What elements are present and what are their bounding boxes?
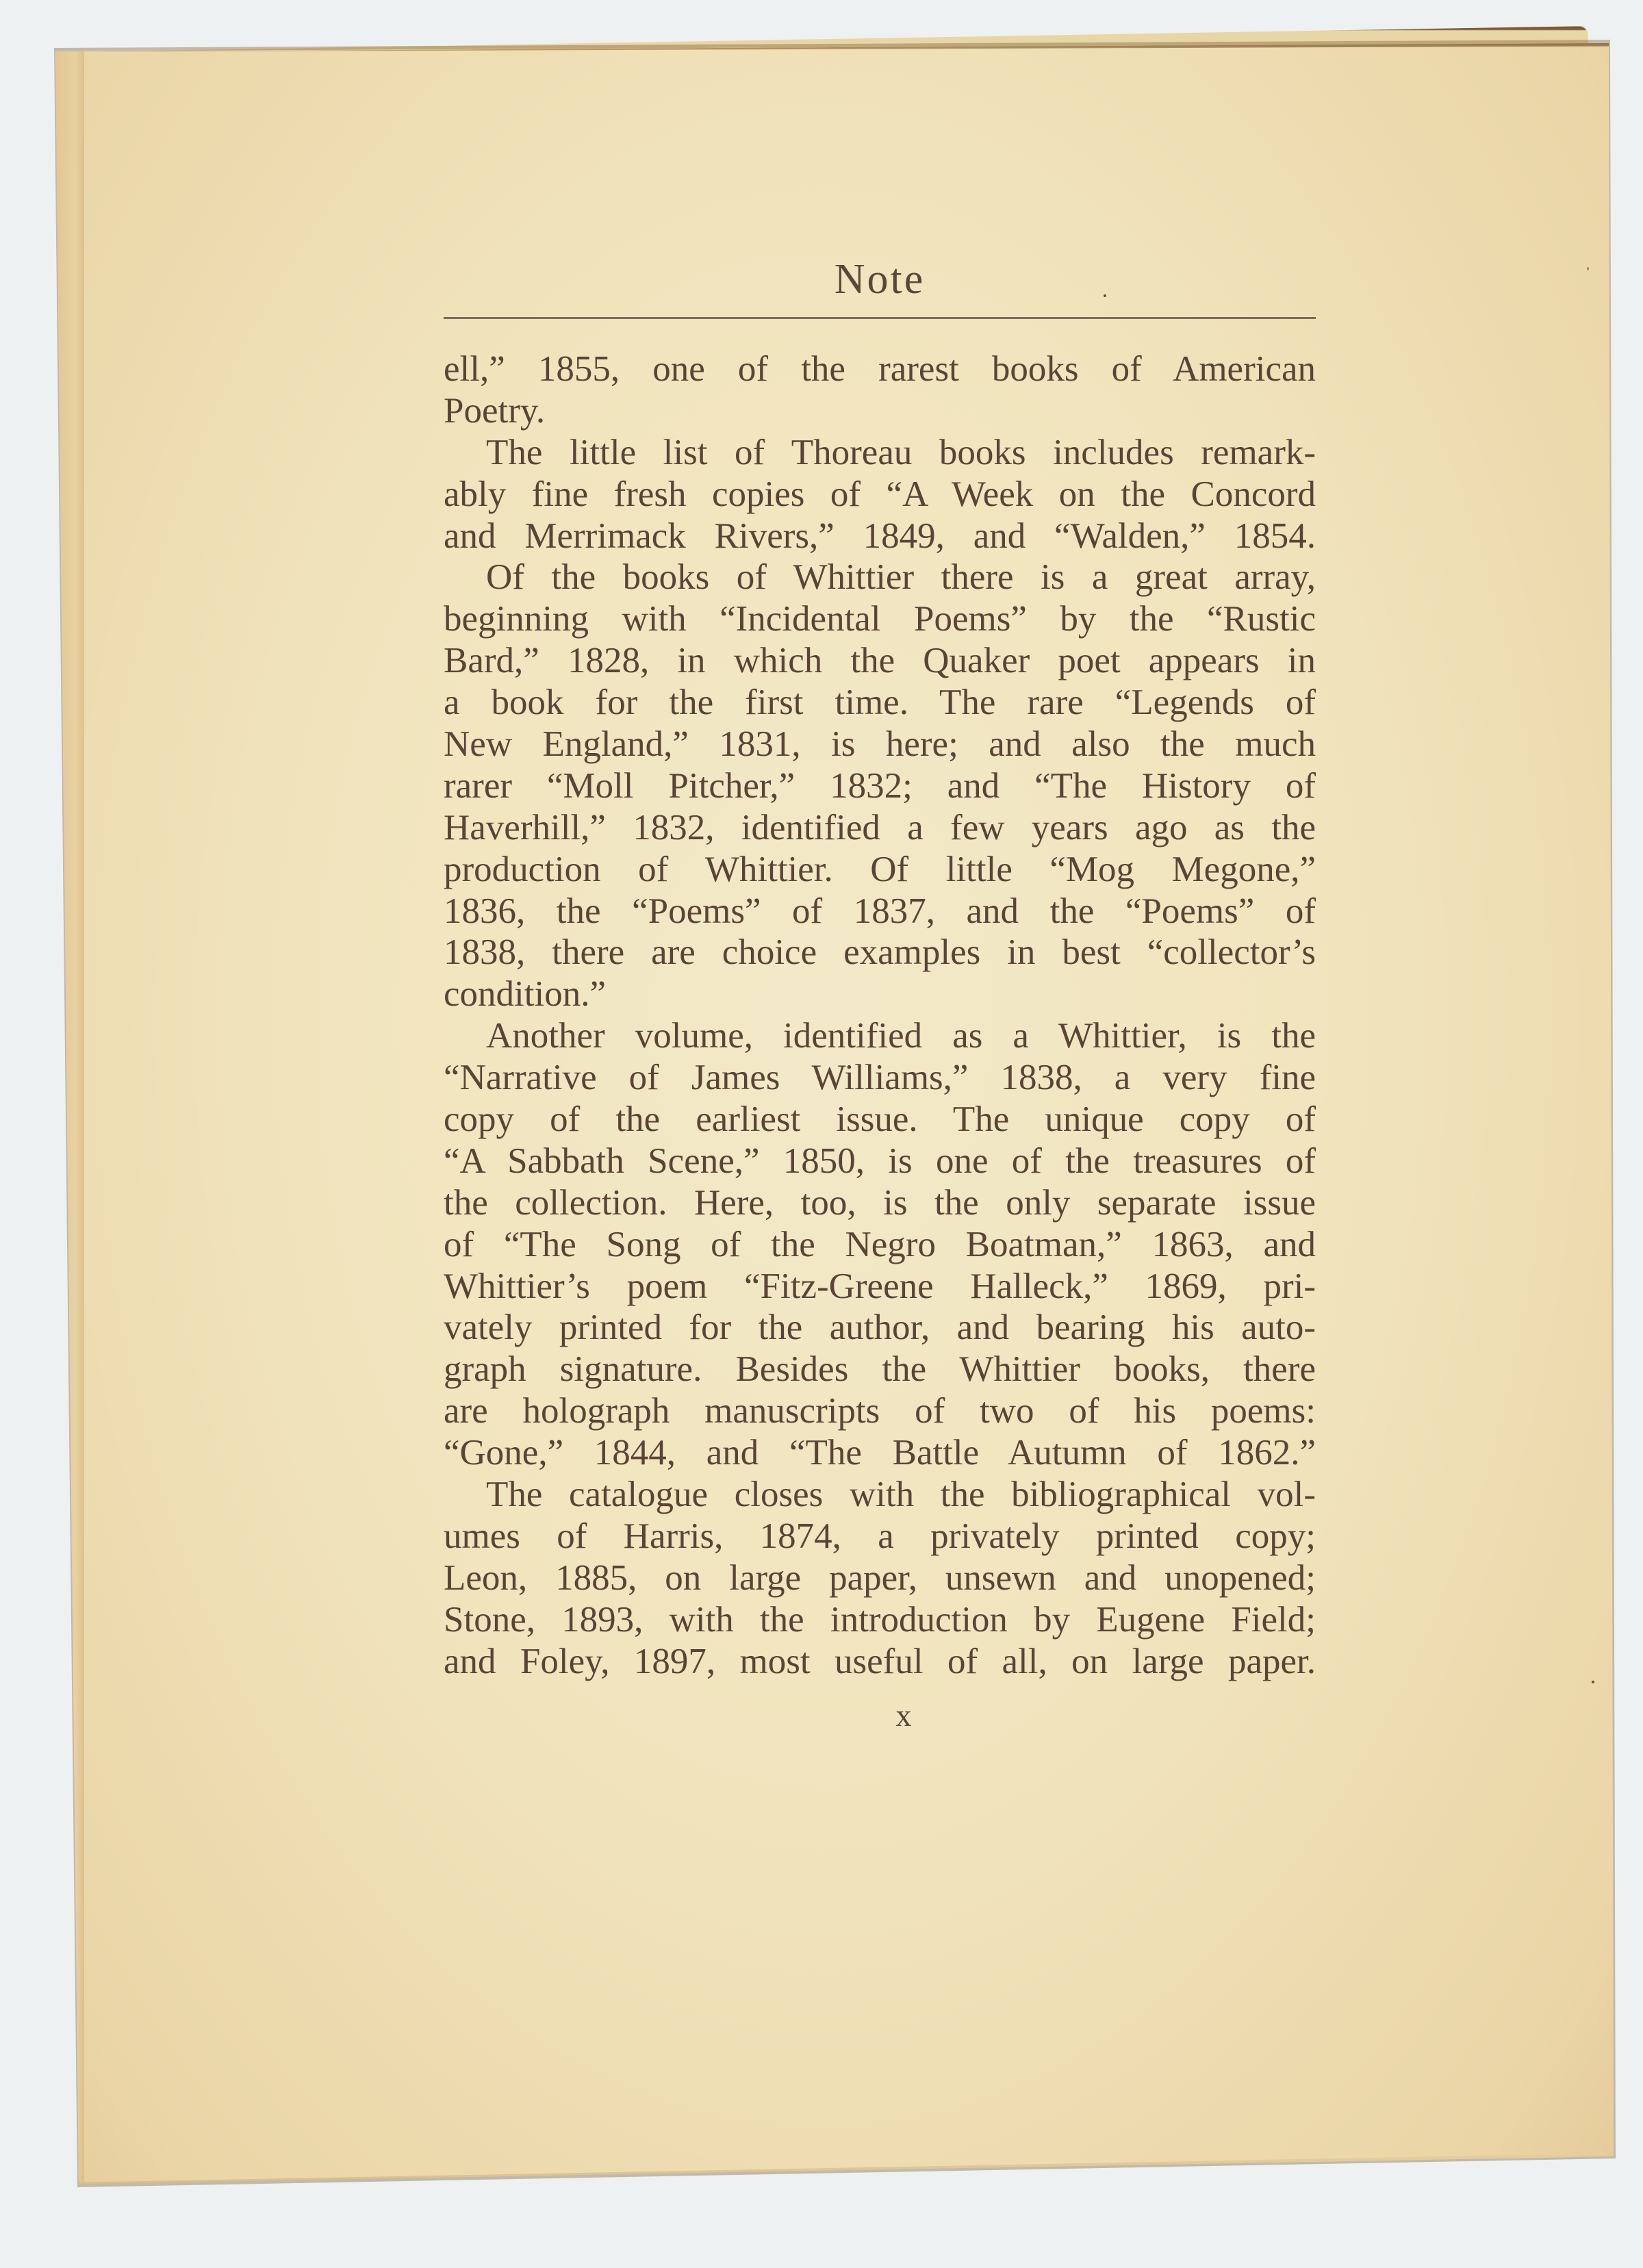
text-line: New England,” 1831, is here; and also th… bbox=[444, 724, 1316, 765]
text-line: copy of the earliest issue. The unique c… bbox=[444, 1099, 1316, 1141]
paper-speck bbox=[1587, 267, 1589, 270]
text-line: Leon, 1885, on large paper, unsewn and u… bbox=[444, 1557, 1316, 1599]
text-line: 1838, there are choice examples in best … bbox=[444, 932, 1316, 973]
paragraph: Another volume, identified as a Whittier… bbox=[444, 1015, 1316, 1474]
text-line: Poetry. bbox=[444, 390, 1316, 432]
book-page: Note ell,” 1855, one of the rarest books… bbox=[0, 0, 1643, 2268]
running-head: Note bbox=[444, 255, 1316, 304]
text-line: “Narrative of James Williams,” 1838, a v… bbox=[444, 1057, 1316, 1099]
text-line: condition.” bbox=[444, 973, 1316, 1015]
header-rule bbox=[444, 317, 1316, 319]
text-line: and Merrimack Rivers,” 1849, and “Walden… bbox=[444, 515, 1316, 557]
paragraph: The little list of Thoreau books include… bbox=[444, 432, 1316, 557]
text-line: and Foley, 1897, most useful of all, on … bbox=[444, 1641, 1316, 1683]
body-text: ell,” 1855, one of the rarest books of A… bbox=[444, 348, 1316, 1683]
paragraph: ell,” 1855, one of the rarest books of A… bbox=[444, 348, 1316, 432]
paragraph: The catalogue closes with the bibliograp… bbox=[444, 1474, 1316, 1682]
text-line: Another volume, identified as a Whittier… bbox=[444, 1015, 1316, 1057]
binding-edge bbox=[55, 51, 84, 2184]
text-line: “Gone,” 1844, and “The Battle Autumn of … bbox=[444, 1432, 1316, 1474]
text-line: graph signature. Besides the Whittier bo… bbox=[444, 1349, 1316, 1390]
text-line: a book for the first time. The rare “Leg… bbox=[444, 682, 1316, 724]
text-line: Bard,” 1828, in which the Quaker poet ap… bbox=[444, 640, 1316, 682]
paper-speck bbox=[1104, 294, 1106, 297]
text-line: ably fine fresh copies of “A Week on the… bbox=[444, 474, 1316, 515]
text-line: Haverhill,” 1832, identified a few years… bbox=[444, 807, 1316, 849]
paragraph: Of the books of Whittier there is a grea… bbox=[444, 557, 1316, 1015]
text-line: ell,” 1855, one of the rarest books of A… bbox=[444, 348, 1316, 390]
text-line: are holograph manuscripts of two of his … bbox=[444, 1390, 1316, 1432]
text-line: rarer “Moll Pitcher,” 1832; and “The His… bbox=[444, 765, 1316, 807]
text-line: the collection. Here, too, is the only s… bbox=[444, 1182, 1316, 1224]
paper-speck bbox=[1592, 1681, 1594, 1683]
text-line: production of Whittier. Of little “Mog M… bbox=[444, 849, 1316, 891]
text-line: Whittier’s poem “Fitz-Greene Halleck,” 1… bbox=[444, 1266, 1316, 1308]
text-line: Stone, 1893, with the introduction by Eu… bbox=[444, 1599, 1316, 1641]
text-line: umes of Harris, 1874, a privately printe… bbox=[444, 1516, 1316, 1557]
text-line: Of the books of Whittier there is a grea… bbox=[444, 557, 1316, 598]
text-line: 1836, the “Poems” of 1837, and the “Poem… bbox=[444, 891, 1316, 932]
text-line: beginning with “Incidental Poems” by the… bbox=[444, 598, 1316, 640]
text-line: “A Sabbath Scene,” 1850, is one of the t… bbox=[444, 1141, 1316, 1182]
text-line: The catalogue closes with the bibliograp… bbox=[444, 1474, 1316, 1516]
text-line: The little list of Thoreau books include… bbox=[444, 432, 1316, 474]
page-number: x bbox=[876, 1696, 931, 1735]
text-line: vately printed for the author, and beari… bbox=[444, 1307, 1316, 1349]
text-line: of “The Song of the Negro Boatman,” 1863… bbox=[444, 1224, 1316, 1266]
